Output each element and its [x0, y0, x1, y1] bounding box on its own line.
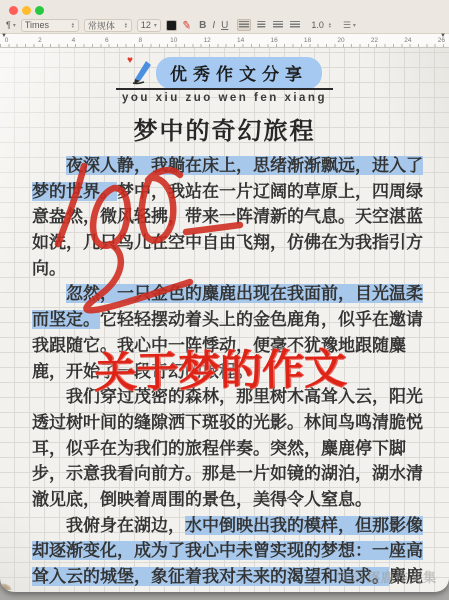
text-segment[interactable]: 我俯身在湖边，	[66, 516, 185, 535]
body-line[interactable]: 澈见底，倒映着周围的景色，美得令人窒息。	[32, 487, 449, 513]
highlighted-text-segment[interactable]: 梦的世界。	[32, 182, 117, 201]
logo-pinyin: you xiu zuo wen fen xiang	[116, 88, 333, 104]
essay-body[interactable]: 夜深人静，我躺在床上，思绪渐渐飘远，进入了梦的世界。梦中，我站在一片辽阔的草原上…	[0, 153, 449, 590]
align-right-button[interactable]	[271, 19, 285, 31]
ruler[interactable]: ▼ ▼ 02468101214161820222426	[0, 34, 449, 48]
align-right-icon	[273, 21, 283, 29]
ruler-ticks	[0, 44, 449, 47]
font-size-dropdown[interactable]: 12 ▾	[137, 19, 161, 32]
paragraph-mark-button[interactable]: ¶ ▾	[6, 20, 16, 30]
body-line[interactable]: 耳，似乎在为我们的旅程伴奏。突然，麋鹿停下脚	[32, 436, 449, 462]
line-spacing-value: 1.0	[311, 20, 324, 30]
body-line[interactable]: 却逐渐变化，成为了我心中未曾实现的梦想：一座高	[32, 538, 449, 564]
body-line[interactable]: 我们穿过茂密的森林，那里树木高耸入云，阳光	[32, 384, 449, 410]
text-segment[interactable]: 澈见底，倒映着周围的景色，美得令人窒息。	[32, 490, 372, 509]
align-justify-button[interactable]	[288, 19, 302, 31]
stepper-icon: ▲▼	[71, 22, 75, 29]
body-line[interactable]: 夜深人静，我躺在床上，思绪渐渐飘远，进入了	[32, 153, 449, 179]
text-segment[interactable]: 如洗，几只鸟儿在空中自由飞翔，仿佛在为我指引方	[32, 233, 423, 252]
ruler-number: 8	[138, 37, 142, 44]
watermark-text: 逐鹿作文集	[367, 567, 437, 586]
watermark: 逐鹿作文集	[336, 567, 437, 586]
align-left-button[interactable]	[237, 19, 251, 31]
logo-pill-text: 优秀作文分享	[156, 57, 322, 89]
minimize-button[interactable]	[22, 6, 31, 15]
text-segment[interactable]: 透过树叶间的缝隙洒下斑驳的光影。林间鸟鸣清脆悦	[32, 413, 423, 432]
alignment-group	[237, 19, 302, 31]
body-line[interactable]: 意盎然，微风轻拂，带来一阵清新的气息。天空湛蓝	[32, 204, 449, 230]
toolbar: ¶ ▾ Times ▲▼ 常规体 ▲▼ 12 ▾ ✎ B I U	[0, 0, 449, 34]
body-line[interactable]: 而坚定。它轻轻摆动着头上的金色鹿角，似乎在邀请	[32, 307, 449, 333]
font-size-value: 12	[141, 20, 151, 30]
font-style-dropdown[interactable]: 常规体 ▲▼	[84, 19, 132, 32]
align-left-icon	[239, 21, 249, 29]
chevron-down-icon: ▾	[13, 22, 16, 29]
body-line[interactable]: 梦的世界。梦中，我站在一片辽阔的草原上，四周绿	[32, 179, 449, 205]
list-style-button[interactable]: ☰ ▾	[343, 20, 356, 31]
align-center-button[interactable]	[254, 19, 268, 31]
page-curl	[2, 583, 12, 590]
body-line[interactable]: 我跟随它。我心中一阵悸动，便毫不犹豫地跟随麋	[32, 333, 449, 359]
word-processor-window: ¶ ▾ Times ▲▼ 常规体 ▲▼ 12 ▾ ✎ B I U	[0, 0, 449, 600]
document-page[interactable]: ♥ 优秀作文分享 you xiu zuo wen fen xiang 梦中的奇幻…	[0, 48, 449, 592]
body-line[interactable]: 我俯身在湖边，水中倒映出我的模样，但那影像	[32, 513, 449, 539]
ruler-number: 20	[337, 37, 344, 44]
ruler-number: 4	[72, 37, 76, 44]
text-segment[interactable]: 梦中，我站在一片辽阔的草原上，四周绿	[117, 182, 423, 201]
ruler-number: 6	[105, 37, 109, 44]
format-controls: ¶ ▾ Times ▲▼ 常规体 ▲▼ 12 ▾ ✎ B I U	[6, 18, 445, 32]
heart-icon: ♥	[127, 55, 133, 66]
highlighter-pen-icon[interactable]: ✎	[181, 18, 192, 32]
list-icon: ☰	[343, 20, 351, 31]
body-line[interactable]: 忽然，一只金色的麋鹿出现在我面前，目光温柔	[32, 281, 449, 307]
paw-icon	[336, 571, 349, 583]
stepper-icon: ▲▼	[124, 22, 128, 29]
text-segment[interactable]: 步，示意我看向前方。那是一片如镜的湖泊，湖水清	[32, 464, 423, 483]
text-segment[interactable]: 耳，似乎在为我们的旅程伴奏。突然，麋鹿停下脚	[32, 439, 406, 458]
ruler-number: 26	[438, 37, 445, 44]
ruler-number: 12	[204, 37, 211, 44]
traffic-lights	[9, 6, 44, 15]
align-justify-icon	[290, 21, 300, 29]
text-segment[interactable]: 意盎然，微风轻拂，带来一阵清新的气息。天空湛蓝	[32, 207, 423, 226]
font-style-value: 常规体	[88, 19, 115, 32]
close-button[interactable]	[9, 6, 18, 15]
text-segment[interactable]: 向。	[32, 259, 66, 278]
zoom-button[interactable]	[35, 6, 44, 15]
highlighted-text-segment[interactable]: 却逐渐变化，成为了我心中未曾实现的梦想：一座高	[32, 541, 423, 560]
essay-logo[interactable]: ♥ 优秀作文分享	[0, 57, 449, 87]
body-line[interactable]: 步，示意我看向前方。那是一片如镜的湖泊，湖水清	[32, 461, 449, 487]
stepper-icon: ▲▼	[328, 22, 332, 29]
ruler-number: 24	[404, 37, 411, 44]
body-line[interactable]: 鹿，开始了一段奇幻的旅程。	[32, 359, 449, 385]
font-family-value: Times	[25, 20, 49, 30]
essay-title[interactable]: 梦中的奇幻旅程	[0, 111, 449, 146]
logo-pen-icon: ♥	[127, 57, 153, 85]
body-line[interactable]: 透过树叶间的缝隙洒下斑驳的光影。林间鸟鸣清脆悦	[32, 410, 449, 436]
highlighted-text-segment[interactable]: 水中倒映出我的模样，但那影像	[185, 516, 423, 535]
text-segment[interactable]: 它轻轻摆动着头上的金色鹿角，似乎在邀请	[100, 310, 423, 329]
body-line[interactable]: 如洗，几只鸟儿在空中自由飞翔，仿佛在为我指引方	[32, 230, 449, 256]
logo-pinyin-row: you xiu zuo wen fen xiang	[0, 88, 449, 106]
ruler-number: 10	[170, 37, 177, 44]
font-family-dropdown[interactable]: Times ▲▼	[21, 19, 79, 32]
body-line[interactable]: 向。	[32, 256, 449, 282]
ruler-number: 16	[270, 37, 277, 44]
bold-button[interactable]: B	[199, 20, 206, 31]
highlighted-text-segment[interactable]: 忽然，一只金色的麋鹿出现在我面前，目光温柔	[66, 284, 423, 303]
line-spacing-control[interactable]: 1.0 ▲▼	[311, 20, 331, 30]
chevron-down-icon: ▾	[154, 22, 157, 29]
highlighted-text-segment[interactable]: 夜深人静，我躺在床上，思绪渐渐飘远，进入了	[66, 156, 423, 175]
text-segment[interactable]: 我跟随它。我心中一阵悸动，便毫不犹豫地跟随麋	[32, 336, 406, 355]
ruler-number: 22	[371, 37, 378, 44]
text-segment[interactable]: 鹿，开始了一段奇幻的旅程。	[32, 362, 253, 381]
ruler-number: 14	[237, 37, 244, 44]
underline-button[interactable]: U	[221, 20, 228, 31]
align-center-icon	[256, 21, 266, 29]
text-segment[interactable]: 我们穿过茂密的森林，那里树木高耸入云，阳光	[66, 387, 423, 406]
italic-button[interactable]: I	[212, 20, 215, 31]
text-color-swatch[interactable]	[166, 20, 177, 31]
chevron-down-icon: ▾	[353, 22, 356, 29]
highlighted-text-segment[interactable]: 而坚定。	[32, 310, 100, 329]
ruler-number: 2	[38, 37, 42, 44]
pilcrow-icon: ¶	[6, 20, 11, 30]
logo-badge-icon	[352, 571, 364, 583]
ruler-number: 0	[5, 37, 9, 44]
ruler-number: 18	[304, 37, 311, 44]
